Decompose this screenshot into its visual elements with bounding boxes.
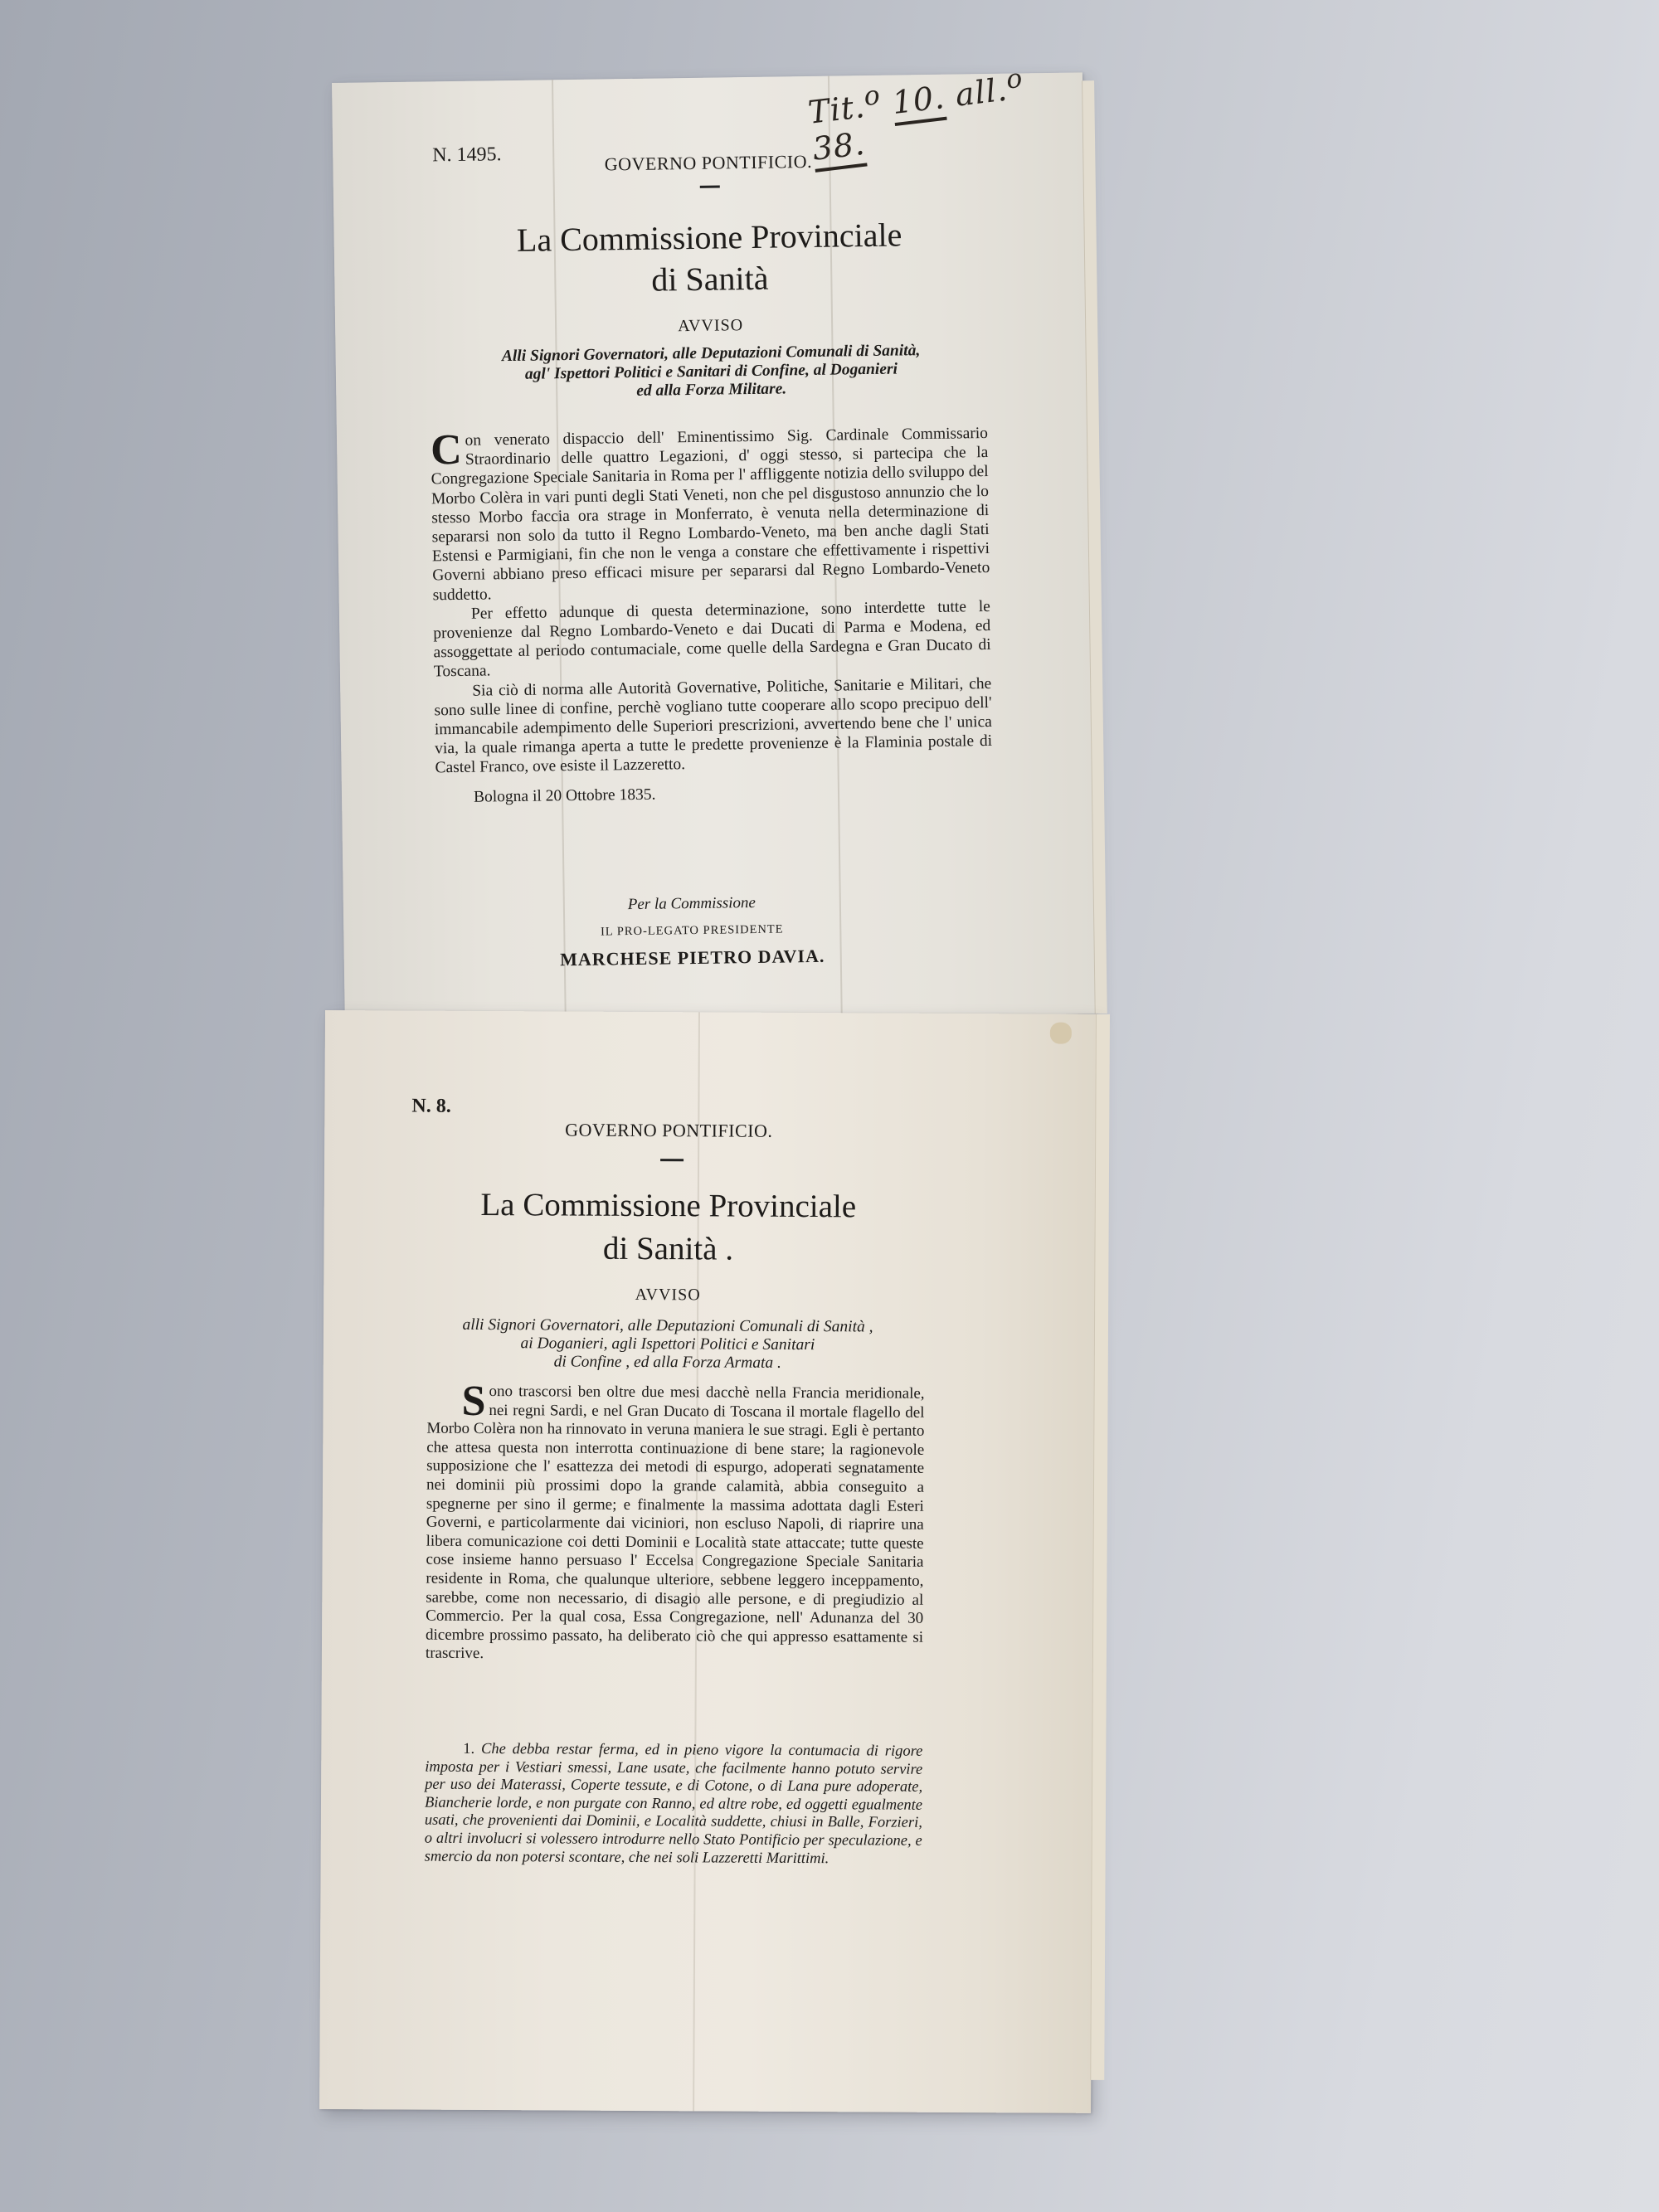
addressees: alli Signori Governatori, alle Deputazio… xyxy=(357,1315,979,1373)
addressees: Alli Signori Governatori, alle Deputazio… xyxy=(385,340,1037,404)
article-1: 1. Che debba restar ferma, ed in pieno v… xyxy=(425,1741,923,1869)
body-paragraph: Per effetto adunque di questa determinaz… xyxy=(433,597,991,682)
paper-edge xyxy=(1090,1014,1110,2080)
notice-body: Con venerato dispaccio dell' Eminentissi… xyxy=(431,424,993,807)
paper-edge xyxy=(1082,80,1107,1014)
place-date: Bologna il 20 Ottobre 1835. xyxy=(435,780,993,808)
body-paragraph: Sono trascorsi ben oltre due mesi dacchè… xyxy=(426,1383,925,1666)
separator-dash xyxy=(700,185,720,187)
drop-cap: C xyxy=(431,434,462,468)
notice-title: La Commissione Provinciale di Sanità xyxy=(333,211,1085,305)
signature-title: IL PRO-LEGATO PRESIDENTE xyxy=(526,921,858,941)
notice-label: AVVISO xyxy=(324,1284,1012,1306)
lower-notice-sheet: N. 8. GOVERNO PONTIFICIO. La Commissione… xyxy=(319,1010,1097,2113)
article-number: 1. xyxy=(463,1741,474,1757)
paper-stain xyxy=(1050,1023,1072,1044)
body-paragraph: Sia ciò di norma alle Autorità Governati… xyxy=(434,674,993,778)
government-heading: GOVERNO PONTIFICIO. xyxy=(324,1118,1013,1143)
drop-cap: S xyxy=(461,1385,485,1418)
notice-body: Sono trascorsi ben oltre due mesi dacchè… xyxy=(426,1383,925,1666)
notice-number: N. 8. xyxy=(411,1096,450,1118)
notice-title: La Commissione Provinciale di Sanità . xyxy=(324,1183,1013,1272)
upper-notice-sheet: Tit.o 10. all.o 38. N. 1495. GOVERNO PON… xyxy=(332,72,1096,1024)
separator-dash xyxy=(660,1159,684,1161)
notice-label: AVVISO xyxy=(335,311,1086,341)
signature-line: Per la Commissione xyxy=(567,893,816,915)
body-paragraph: Con venerato dispaccio dell' Eminentissi… xyxy=(431,424,990,605)
signatory-name: MARCHESE PIETRO DAVIA. xyxy=(485,945,900,972)
